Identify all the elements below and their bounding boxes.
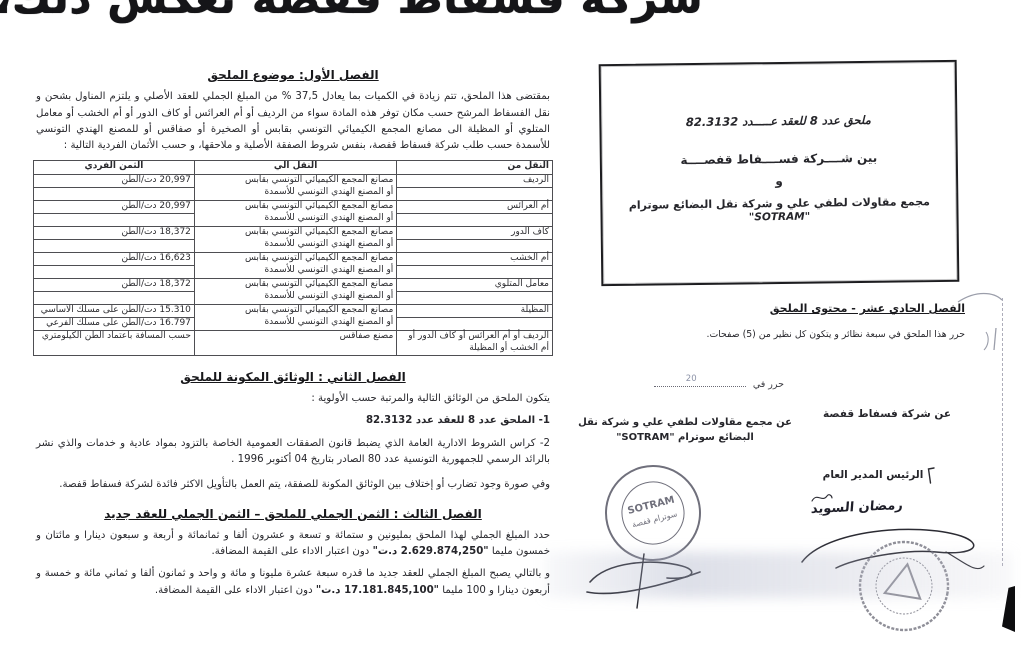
- chapter3-text-1b: دون اعتبار الاداء على القيمة المضافة.: [212, 546, 373, 557]
- pen-marks-icon: [950, 288, 1006, 378]
- headline-cutoff-text: شركة فسفاط قفصة تعكس ذلك، مثلما بينه ساب…: [0, 0, 703, 24]
- chapter2-intro: يتكون الملحق من الوثائق التالية والمرتبة…: [36, 391, 550, 407]
- cell-from: معامل المتلوي: [397, 279, 553, 292]
- cell-to: مصانع المجمع الكيميائي التونسي بقابس أو …: [194, 227, 396, 253]
- chapter1-title: الفصل الأول: موضوع الملحق: [30, 66, 556, 85]
- cell-price: 18,372 دت/الطن: [34, 279, 195, 292]
- headline-clip: شركة فسفاط قفصة تعكس ذلك، مثلما بينه ساب…: [0, 0, 1021, 30]
- cover-party1: بين شــــركة فســــفاط قفصــــة: [602, 150, 956, 168]
- chapter2-item2: 2- كراس الشروط الادارية العامة الذي يضبط…: [36, 436, 550, 469]
- pen-bracket-icon: [926, 466, 935, 484]
- sotram-signature-icon: [582, 552, 707, 610]
- transport-table-body: الرديفمصانع المجمع الكيميائي التونسي بقا…: [34, 175, 553, 355]
- chapter2-item1: 1- الملحق عدد 8 للعقد عدد 82.3132: [36, 413, 550, 429]
- right-page: ملحق عدد 8 للعقد عـــــدد 82.3132 بين شـ…: [558, 56, 1016, 668]
- table-row: أم العرائسمصانع المجمع الكيميائي التونسي…: [34, 201, 553, 214]
- transport-price-table: النقل من النقل الي الثمن الفردي الرديفمص…: [33, 160, 553, 355]
- cell-to: مصانع المجمع الكيميائي التونسي بقابس أو …: [194, 279, 396, 305]
- cell-to: مصانع المجمع الكيميائي التونسي بقابس أو …: [194, 253, 396, 279]
- table-header-row: النقل من النقل الي الثمن الفردي: [34, 161, 553, 175]
- date-label: حرر في: [753, 379, 784, 390]
- cell-price: 20,997 دت/الطن: [34, 175, 195, 188]
- chapter2-note: وفي صورة وجود تضارب أو إختلاف بين الوثائ…: [36, 477, 550, 493]
- cell-price: 20,997 دت/الطن: [34, 201, 195, 214]
- cell-price: 18,372 دت/الطن: [34, 227, 195, 240]
- cell-from: [397, 188, 553, 201]
- new-contract-amount: "17.181.845,100 د.ت": [316, 585, 439, 596]
- chapter11-title: الفصل الحادي عشر - محتوى الملحق: [770, 302, 965, 315]
- sotram-party-line1: عن مجمع مقاولات لطفي علي و شركة نقل: [578, 416, 792, 431]
- ceo-title-line: الرئيس المدير العام: [798, 466, 960, 484]
- cell-to: مصنع صفاقس: [194, 331, 396, 355]
- cell-price: [34, 240, 195, 253]
- cell-from: كاف الدور: [397, 227, 553, 240]
- header-unit-price: الثمن الفردي: [34, 161, 195, 175]
- cell-from: [397, 266, 553, 279]
- ceo-signature-name: رمضان السويد: [785, 497, 928, 518]
- cell-from: [397, 292, 553, 305]
- chapter2-title: الفصل الثاني : الوثائق المكونة للملحق: [30, 368, 556, 387]
- table-row: كاف الدورمصانع المجمع الكيميائي التونسي …: [34, 227, 553, 240]
- chapter3-paragraph1: حدد المبلغ الجملي لهذا الملحق بمليونين و…: [36, 528, 550, 561]
- cover-annex-number: ملحق عدد 8 للعقد عـــــدد 82.3132: [601, 112, 955, 130]
- table-row: معامل المتلويمصانع المجمع الكيميائي التو…: [34, 279, 553, 292]
- cell-to: مصانع المجمع الكيميائي التونسي بقابس أو …: [194, 305, 396, 331]
- cell-to: مصانع المجمع الكيميائي التونسي بقابس أو …: [194, 175, 396, 201]
- table-row: الرديف أو أم العرائس أو كاف الدور أو أم …: [34, 331, 553, 355]
- table-row: المظيلةمصانع المجمع الكيميائي التونسي بق…: [34, 305, 553, 318]
- left-page: الفصل الأول: موضوع الملحق بمقتضى هذا الم…: [30, 56, 556, 605]
- cell-price: [34, 266, 195, 279]
- header-transport-to: النقل الي: [194, 161, 396, 175]
- cell-price: 15.310 دت/الطن على مسلك الاساسي: [34, 305, 195, 318]
- table-row: أم الخشبمصانع المجمع الكيميائي التونسي ب…: [34, 253, 553, 266]
- cell-to: مصانع المجمع الكيميائي التونسي بقابس أو …: [194, 201, 396, 227]
- cell-from: الرديف: [397, 175, 553, 188]
- annex-amount: "2.629.874,250 د.ت": [373, 546, 489, 557]
- chapter11-body: حرر هذا الملحق في سبعة نظائر و يتكون كل …: [707, 329, 966, 340]
- cell-from: الرديف أو أم العرائس أو كاف الدور أو أم …: [397, 331, 553, 355]
- chapter3-paragraph2: و بالتالي يصبح المبلغ الجملي للعقد جديد …: [36, 566, 550, 599]
- svg-text:SOCIETE DE TRANSPORT DE MARCHA: SOCIETE DE TRANSPORT DE MARCHANDISES • G…: [591, 468, 596, 479]
- ceo-title-text: الرئيس المدير العام: [823, 469, 924, 481]
- sotram-party-line2: البضائع سوترام "SOTRAM": [578, 431, 792, 446]
- signature-party-sotram: عن مجمع مقاولات لطفي علي و شركة نقل البض…: [578, 416, 792, 445]
- cover-box: ملحق عدد 8 للعقد عـــــدد 82.3132 بين شـ…: [599, 60, 960, 286]
- cell-from: [397, 318, 553, 331]
- chapter1-body: بمقتضى هذا الملحق، تتم زيادة في الكميات …: [36, 89, 550, 154]
- cell-from: أم الخشب: [397, 253, 553, 266]
- scanned-document: شركة فسفاط قفصة تعكس ذلك، مثلما بينه ساب…: [0, 0, 1021, 669]
- cell-from: [397, 240, 553, 253]
- cell-from: أم العرائس: [397, 201, 553, 214]
- date-fill-line: 20: [654, 376, 746, 387]
- cell-from: المظيلة: [397, 305, 553, 318]
- chapter3-title: الفصل الثالث : الثمن الجملي للملحق – الث…: [30, 505, 556, 524]
- cell-price: [34, 292, 195, 305]
- sotram-stamp-ring-text: SOCIETE DE TRANSPORT DE MARCHANDISES • G…: [591, 468, 596, 479]
- page-fold-dashed-line: [1002, 298, 1003, 566]
- cell-price: حسب المسافة باعتماد الطن الكيلومتري: [34, 331, 195, 355]
- cover-and: و: [602, 172, 956, 190]
- cell-price: [34, 188, 195, 201]
- header-transport-from: النقل من: [397, 161, 553, 175]
- cell-from: [397, 214, 553, 227]
- date-line: حرر في 20: [654, 376, 784, 390]
- table-row: الرديفمصانع المجمع الكيميائي التونسي بقا…: [34, 175, 553, 188]
- cpg-triangle-logo: [885, 561, 926, 598]
- date-year-hint: 20: [686, 374, 697, 384]
- cpg-stamp-icon: شركة فسفاط قفصة • GAFSA • شركة فسفاط قفص…: [849, 531, 959, 641]
- chapter3-text-2b: دون اعتبار الاداء على القيمة المضافة.: [155, 585, 316, 596]
- cell-price: 16,623 دت/الطن: [34, 253, 195, 266]
- signature-party-gafsa: عن شركة فسفاط قفصة: [816, 408, 958, 420]
- cell-price: [34, 214, 195, 227]
- cell-price: 16.797 دت/الطن على مسلك الفرعي: [34, 318, 195, 331]
